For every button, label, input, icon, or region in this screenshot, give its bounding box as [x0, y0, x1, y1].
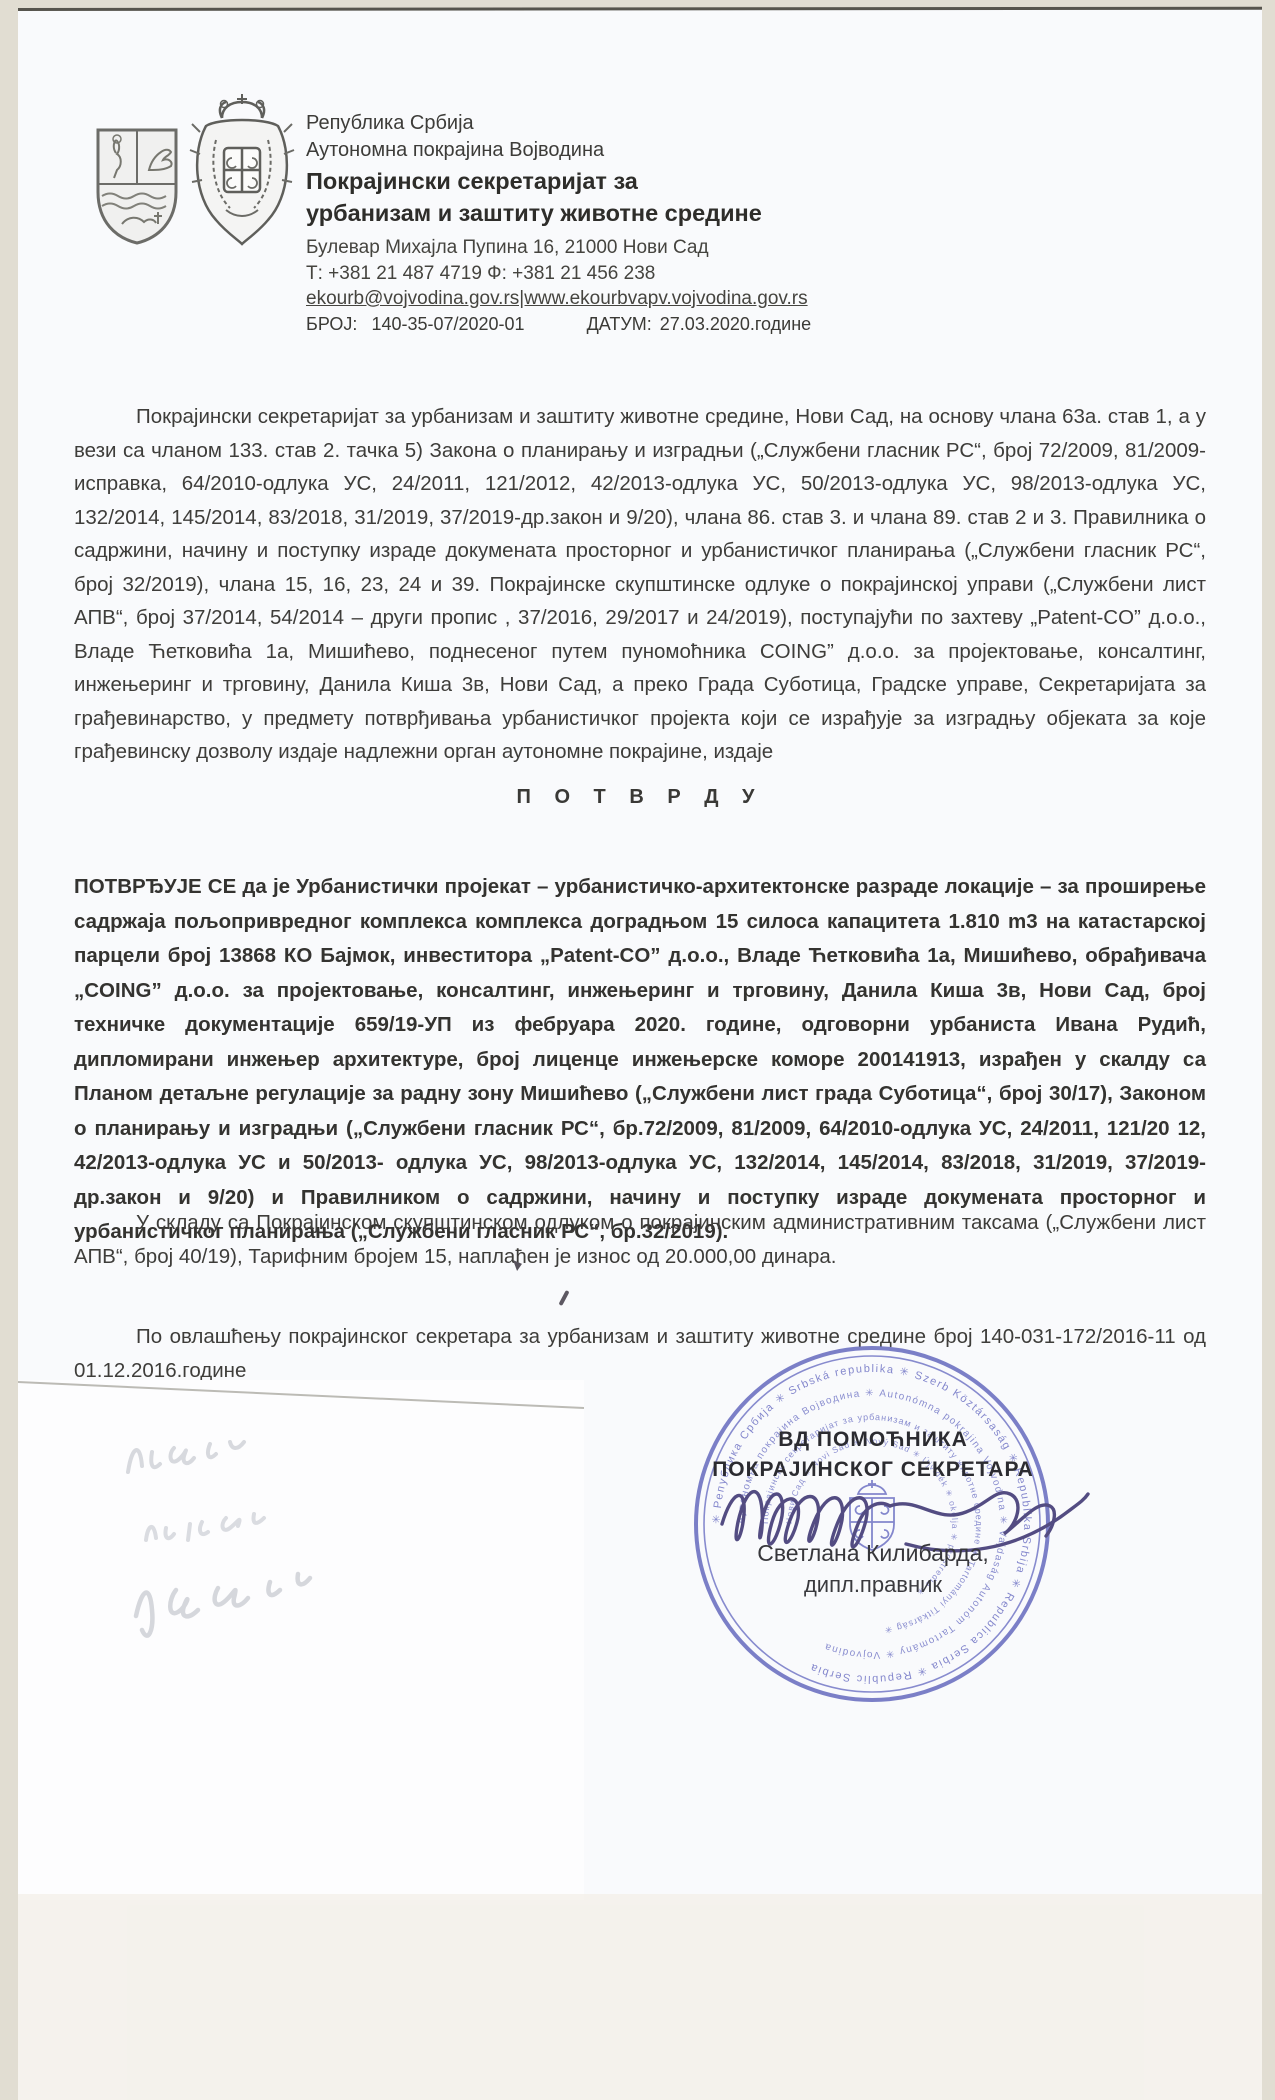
- faint-handwritten-note: [18, 1380, 584, 1900]
- overlaid-paper: [18, 1380, 584, 1900]
- letterhead-province: Аутономна покрајина Војводина: [306, 139, 604, 162]
- vojvodina-coat-of-arms-icon: [94, 126, 180, 246]
- reference-line: БРОЈ:140-35-07/2020-01ДАТУМ:27.03.2020.г…: [306, 314, 811, 335]
- scanned-document: { "letterhead": { "country": "Република …: [0, 0, 1275, 2100]
- signer-name: Светлана Килибарда,: [623, 1540, 1123, 1567]
- letterhead-address: Булевар Михајла Пупина 16, 21000 Нови Са…: [306, 237, 709, 259]
- letterhead-country: Република Србија: [306, 112, 474, 135]
- tax-paragraph: У складу са Покрајинском скупштинском од…: [74, 1206, 1206, 1273]
- confirmation-paragraph: ПОТВРЂУЈЕ СЕ да је Урбанистички пројекат…: [74, 870, 1206, 1250]
- date-label: ДАТУМ:: [587, 314, 652, 334]
- intro-paragraph: Покрајински секретаријат за урбанизам и …: [74, 400, 1206, 769]
- ref-number-label: БРОЈ:: [306, 314, 357, 334]
- paper-bottom-tint: [18, 1894, 1262, 2100]
- ink-speck: [558, 1290, 569, 1306]
- letterhead-org-line1: Покрајински секретаријат за: [306, 168, 638, 195]
- serbia-coat-of-arms-icon: [186, 92, 298, 252]
- document-page: Република Србија Аутономна покрајина Вој…: [18, 8, 1262, 2100]
- letterhead-email-web: ekourb@vojvodina.gov.rs|www.ekourbvapv.v…: [306, 288, 808, 310]
- date-value: 27.03.2020.године: [660, 314, 811, 334]
- letterhead-org-line2: урбанизам и заштиту животне средине: [306, 200, 762, 227]
- letterhead-phone-fax: Т: +381 21 487 4719 Ф: +381 21 456 238: [306, 263, 655, 285]
- document-title: П О Т В Р Д У: [74, 786, 1206, 809]
- page-scan-edge: [18, 7, 1262, 11]
- ref-number-value: 140-35-07/2020-01: [371, 314, 524, 334]
- signer-credential: дипл.правник: [623, 1572, 1123, 1598]
- acting-title-line1: ВД ПОМОЋНИКА: [623, 1428, 1123, 1452]
